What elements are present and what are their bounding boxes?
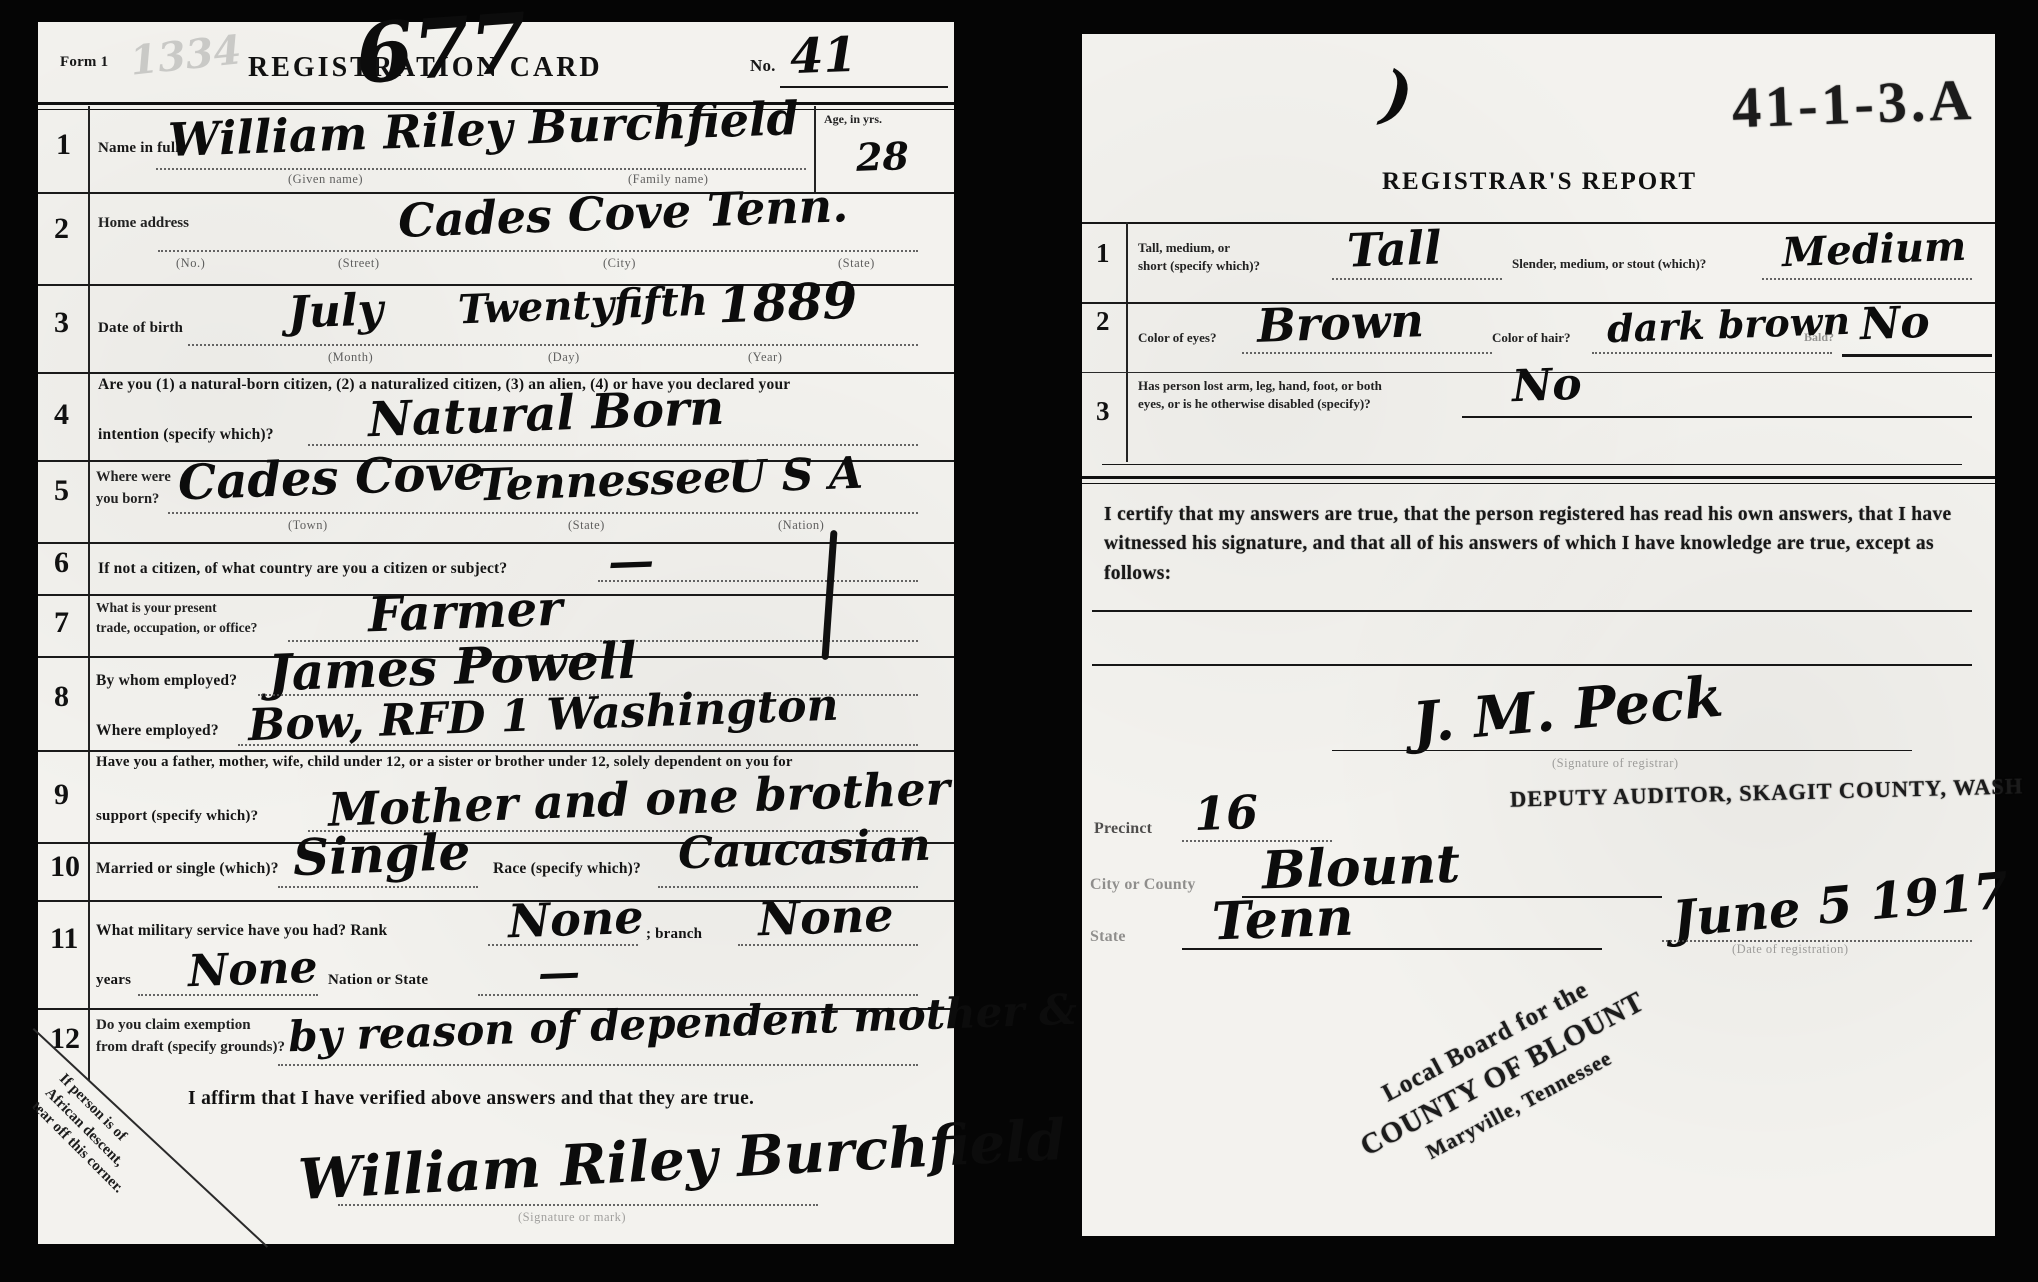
build-value: Medium [1781,227,1967,273]
blank-line-1 [1092,610,1972,612]
name-value: William Riley Burchfield [167,95,799,163]
city-county-label: City or County [1090,876,1196,894]
registrar-signature-sublabel: (Signature of registrar) [1552,756,1679,771]
scanned-document: Form 1 1334 REGISTRATION CARD 677 No. 41… [0,0,2038,1282]
card-no-value: 41 [789,31,857,81]
registrars-report-card: ) 41-1-3.A REGISTRAR'S REPORT 1 Tall, me… [1082,34,1995,1236]
signature-sublabel: (Signature or mark) [518,1210,626,1225]
age-value: 28 [855,137,909,177]
dob-year: 1889 [717,276,858,331]
dob-day: Twentyfifth [457,282,708,331]
disability-value: No [1511,363,1582,409]
registrant-signature: William Riley Burchfield [297,1112,1067,1208]
married-single-value: Single [292,827,471,883]
classification-stamp: 41-1-3.A [1731,66,1976,141]
form-line-3: 3 Date of birth July Twentyfifth 1889 (M… [38,284,954,374]
born-town: Cades Cove [177,449,484,508]
born-state: Tennessee [477,456,732,509]
home-address-value: Cades Cove Tenn. [397,182,849,244]
military-branch-value: None [757,892,894,943]
precinct-value: 16 [1193,789,1259,837]
blank-line-2 [1092,664,1972,666]
registrar-signature: J. M. Peck [1410,669,1725,752]
bald-value: No [1859,301,1930,347]
precinct-label: Precinct [1094,820,1152,838]
race-value: Caucasian [677,824,931,877]
registration-card: Form 1 1334 REGISTRATION CARD 677 No. 41… [38,22,954,1244]
state-label: State [1090,928,1126,946]
citizen-country-value: — [607,537,655,585]
military-nation-value: — [537,951,580,994]
ink-mark: ) [1379,63,1416,130]
dob-month: July [287,288,384,335]
state-value: Tenn [1211,892,1354,949]
report-line-3: 3 Has person lost arm, leg, hand, foot, … [1082,372,1995,456]
report-title: REGISTRAR'S REPORT [1382,168,1697,196]
serial-number-handwritten: 677 [353,2,529,96]
form-line-8: 8 By whom employed? James Powell Where e… [38,656,954,752]
born-nation: U S A [727,452,863,501]
dob-label: Date of birth [98,320,183,337]
citizenship-value: Natural Born [367,384,725,444]
age-header: Age, in yrs. [824,112,882,127]
military-rank-value: None [507,894,644,945]
no-underline [780,86,948,88]
pencil-note: 1334 [128,30,243,81]
registration-date-sublabel: (Date of registration) [1732,942,1849,957]
report-header-rule [1082,222,1995,224]
home-address-label: Home address [98,214,189,233]
registration-date-value: June 5 1917 [1670,865,2010,944]
report-line-1: 1 Tall, medium, or short (specify which)… [1082,230,1995,304]
corner-note: If person is of African descent, tear of… [27,1070,160,1203]
form-line-5: 5 Where were you born? Cades Cove Tennes… [38,460,954,544]
height-value: Tall [1346,224,1442,273]
form-line-12: 12 Do you claim exemption from draft (sp… [38,1008,954,1080]
card-no-label: No. [750,56,776,76]
military-years-value: None [187,946,318,994]
form-label: Form 1 [60,54,108,71]
certification-text: I certify that my answers are true, that… [1104,500,1976,588]
trade-value: Farmer [367,585,563,640]
eye-color-value: Brown [1256,297,1424,349]
affirmation-text: I affirm that I have verified above answ… [188,1088,754,1110]
registrar-title-stamp: DEPUTY AUDITOR, SKAGIT COUNTY, WASH [1510,773,2024,812]
local-board-stamp: Local Board for the COUNTY OF BLOUNT Mar… [1294,931,1711,1215]
